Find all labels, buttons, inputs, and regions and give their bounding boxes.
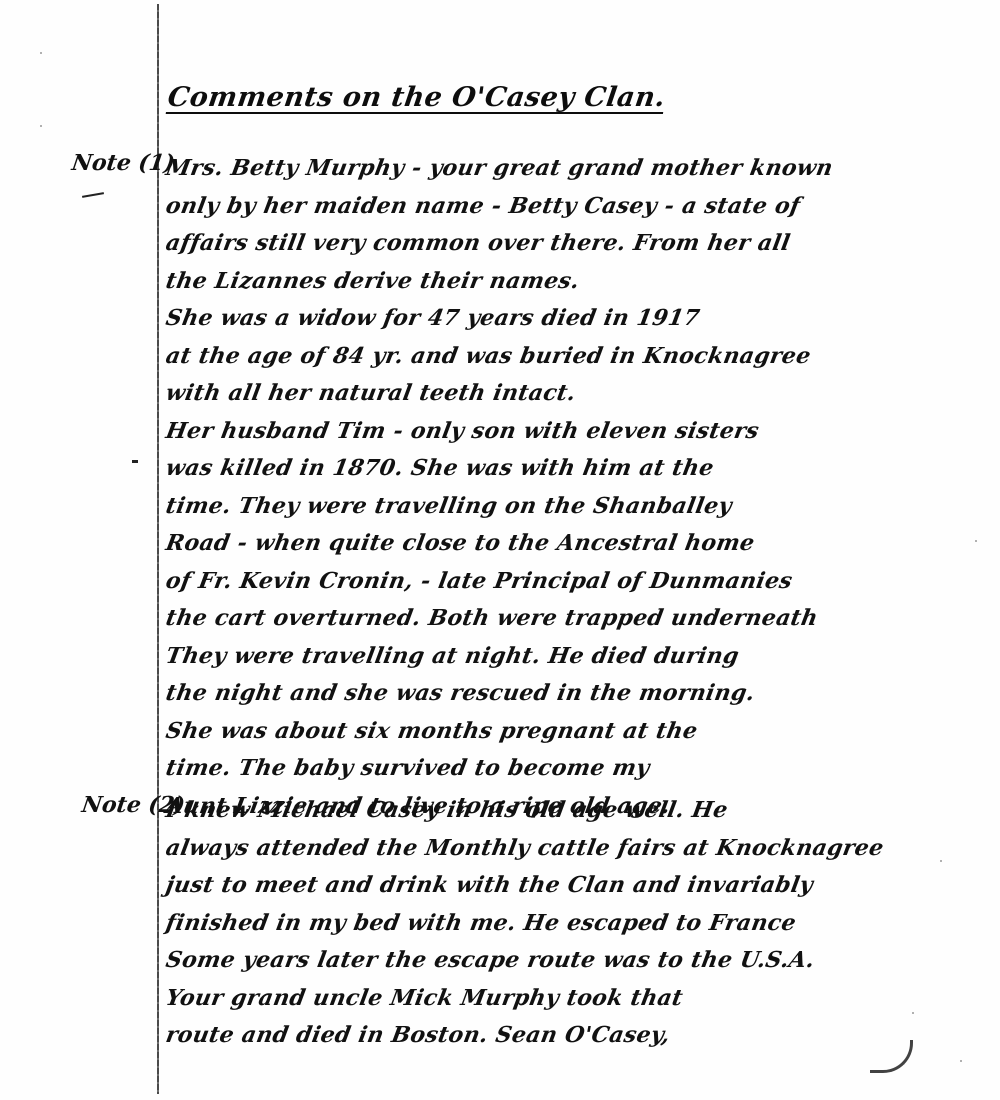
text-line: Mrs. Betty Murphy - your great grand mot…: [163, 150, 836, 188]
scan-speck: [40, 125, 42, 127]
note-1-body: Mrs. Betty Murphy - your great grand mot…: [166, 150, 832, 825]
page-corner-mark: [870, 1040, 913, 1073]
text-line: Road - when quite close to the Ancestral…: [163, 525, 836, 563]
text-line: was killed in 1870. She was with him at …: [163, 450, 836, 488]
text-line: the night and she was rescued in the mor…: [163, 675, 836, 713]
text-line: She was a widow for 47 years died in 191…: [163, 300, 836, 338]
text-line: route and died in Boston. Sean O'Casey,: [163, 1017, 887, 1055]
text-line: affairs still very common over there. Fr…: [163, 225, 836, 263]
note-2-body: I knew Michael Casey in his old age well…: [166, 792, 883, 1055]
text-line: with all her natural teeth intact.: [163, 375, 836, 413]
text-line: only by her maiden name - Betty Casey - …: [163, 188, 836, 226]
document-title: Comments on the O'Casey Clan.: [166, 82, 668, 113]
text-line: always attended the Monthly cattle fairs…: [163, 830, 887, 868]
text-line: at the age of 84 yr. and was buried in K…: [163, 338, 836, 376]
scan-speck: [940, 860, 942, 862]
scan-speck: [960, 1060, 962, 1062]
text-line: time. They were travelling on the Shanba…: [163, 488, 836, 526]
text-line: Your grand uncle Mick Murphy took that: [163, 980, 887, 1018]
text-line: Her husband Tim - only son with eleven s…: [163, 413, 836, 451]
scan-speck: [40, 52, 42, 54]
text-line: of Fr. Kevin Cronin, - late Principal of…: [163, 563, 836, 601]
scanned-letter-page: Comments on the O'Casey Clan. Note (1) M…: [0, 0, 1000, 1100]
text-line: the cart overturned. Both were trapped u…: [163, 600, 836, 638]
text-line: finished in my bed with me. He escaped t…: [163, 905, 887, 943]
text-line: Some years later the escape route was to…: [163, 942, 887, 980]
text-line: just to meet and drink with the Clan and…: [163, 867, 887, 905]
text-line: They were travelling at night. He died d…: [163, 638, 836, 676]
scan-speck: [975, 540, 977, 542]
text-line: the Lizannes derive their names.: [163, 263, 836, 301]
note-1-label: Note (1): [70, 150, 176, 176]
note-1-underline: [82, 192, 104, 198]
text-line: time. The baby survived to become my: [163, 750, 836, 788]
margin-mark: [132, 460, 138, 463]
text-line: I knew Michael Casey in his old age well…: [163, 792, 887, 830]
scan-speck: [912, 1012, 914, 1014]
text-line: She was about six months pregnant at the: [163, 713, 836, 751]
